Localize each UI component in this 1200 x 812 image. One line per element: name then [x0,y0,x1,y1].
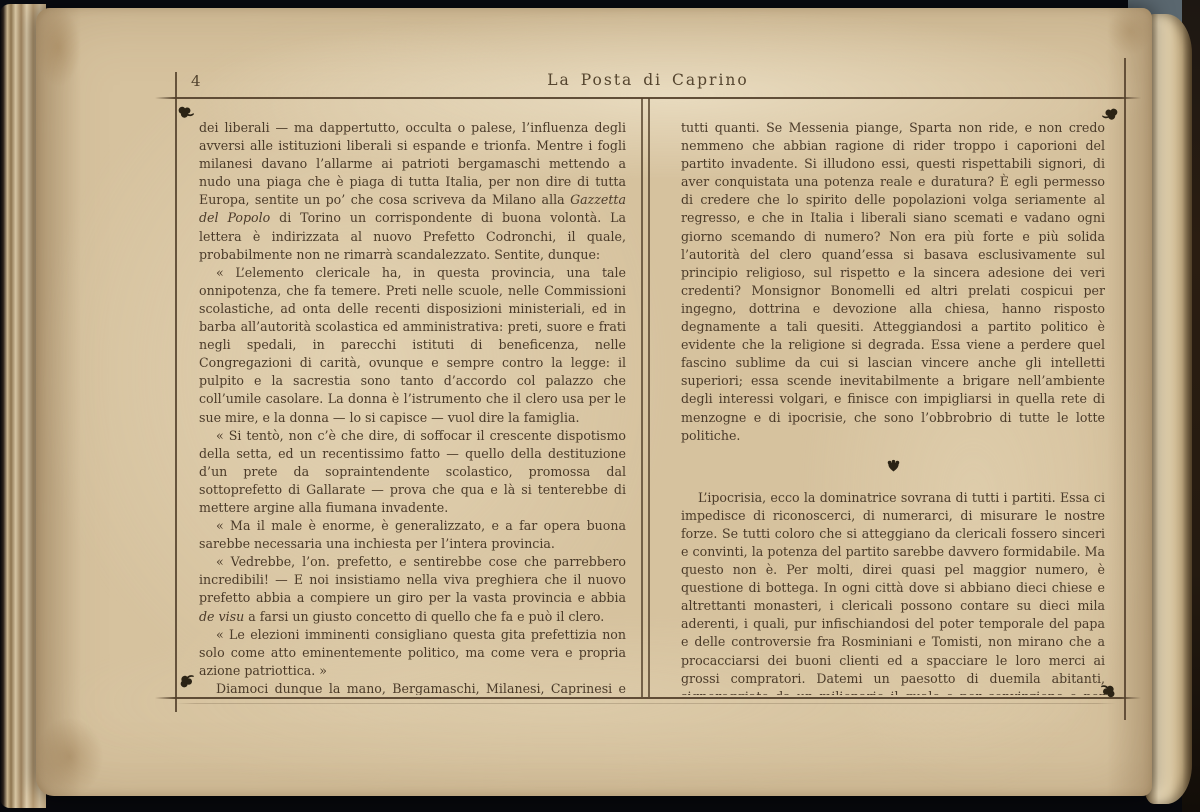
paragraph: tutti quanti. Se Messenia piange, Sparta… [681,119,1105,445]
paragraph: « Ma il male è enorme, è generalizzato, … [199,517,626,553]
corner-leaf-ornament-top-left [175,102,195,122]
text-run: « Si tentò, non c’è che dire, di soffoca… [199,428,626,515]
text-run: L’ipocrisia, ecco la dominatrice sovrana… [681,490,1105,695]
paragraph: Diamoci dunque la mano, Bergamaschi, Mil… [199,680,626,695]
text-run: « Vedrebbe, l’on. prefetto, e sentirebbe… [199,554,626,605]
frame-rule-left [175,72,177,712]
paragraph: « Si tentò, non c’è che dire, di soffoca… [199,427,626,517]
text-run: de visu [199,609,244,624]
text-run: « Ma il male è enorme, è generalizzato, … [199,518,626,551]
paragraph: « Le elezioni imminenti consigliano ques… [199,626,626,680]
frame-rule-bottom [155,697,1141,699]
text-run: « Le elezioni imminenti consigliano ques… [199,627,626,678]
left-text-column: dei liberali — ma dappertutto, occulta o… [199,119,626,695]
text-run: Diamoci dunque la mano, Bergamaschi, Mil… [216,681,626,695]
book-scan-screenshot: { "page": { "number": "4", "header_title… [0,0,1200,812]
paragraph: « L’elemento clericale ha, in questa pro… [199,264,626,427]
text-run: tutti quanti. Se Messenia piange, Sparta… [681,120,1105,443]
corner-leaf-ornament-bottom-left [177,671,197,691]
scanned-page: 4 La Posta di Caprino dei liberali — ma … [36,8,1152,796]
page-content: 4 La Posta di Caprino dei liberali — ma … [36,8,1152,796]
right-text-column: tutti quanti. Se Messenia piange, Sparta… [681,119,1105,695]
paragraph: L’ipocrisia, ecco la dominatrice sovrana… [681,489,1105,695]
section-divider-fleuron [681,445,1105,489]
paragraph: « Vedrebbe, l’on. prefetto, e sentirebbe… [199,553,626,625]
running-title: La Posta di Caprino [155,71,1141,89]
text-run: dei liberali — ma dappertutto, occulta o… [199,120,626,207]
paragraph: dei liberali — ma dappertutto, occulta o… [199,119,626,264]
column-divider-rule [641,98,650,697]
text-run: « L’elemento clericale ha, in questa pro… [199,265,626,425]
text-run: a farsi un giusto concetto di quello che… [244,609,604,624]
frame-rule-bottom-ghost [176,703,1116,704]
frame-rule-right [1124,58,1126,720]
